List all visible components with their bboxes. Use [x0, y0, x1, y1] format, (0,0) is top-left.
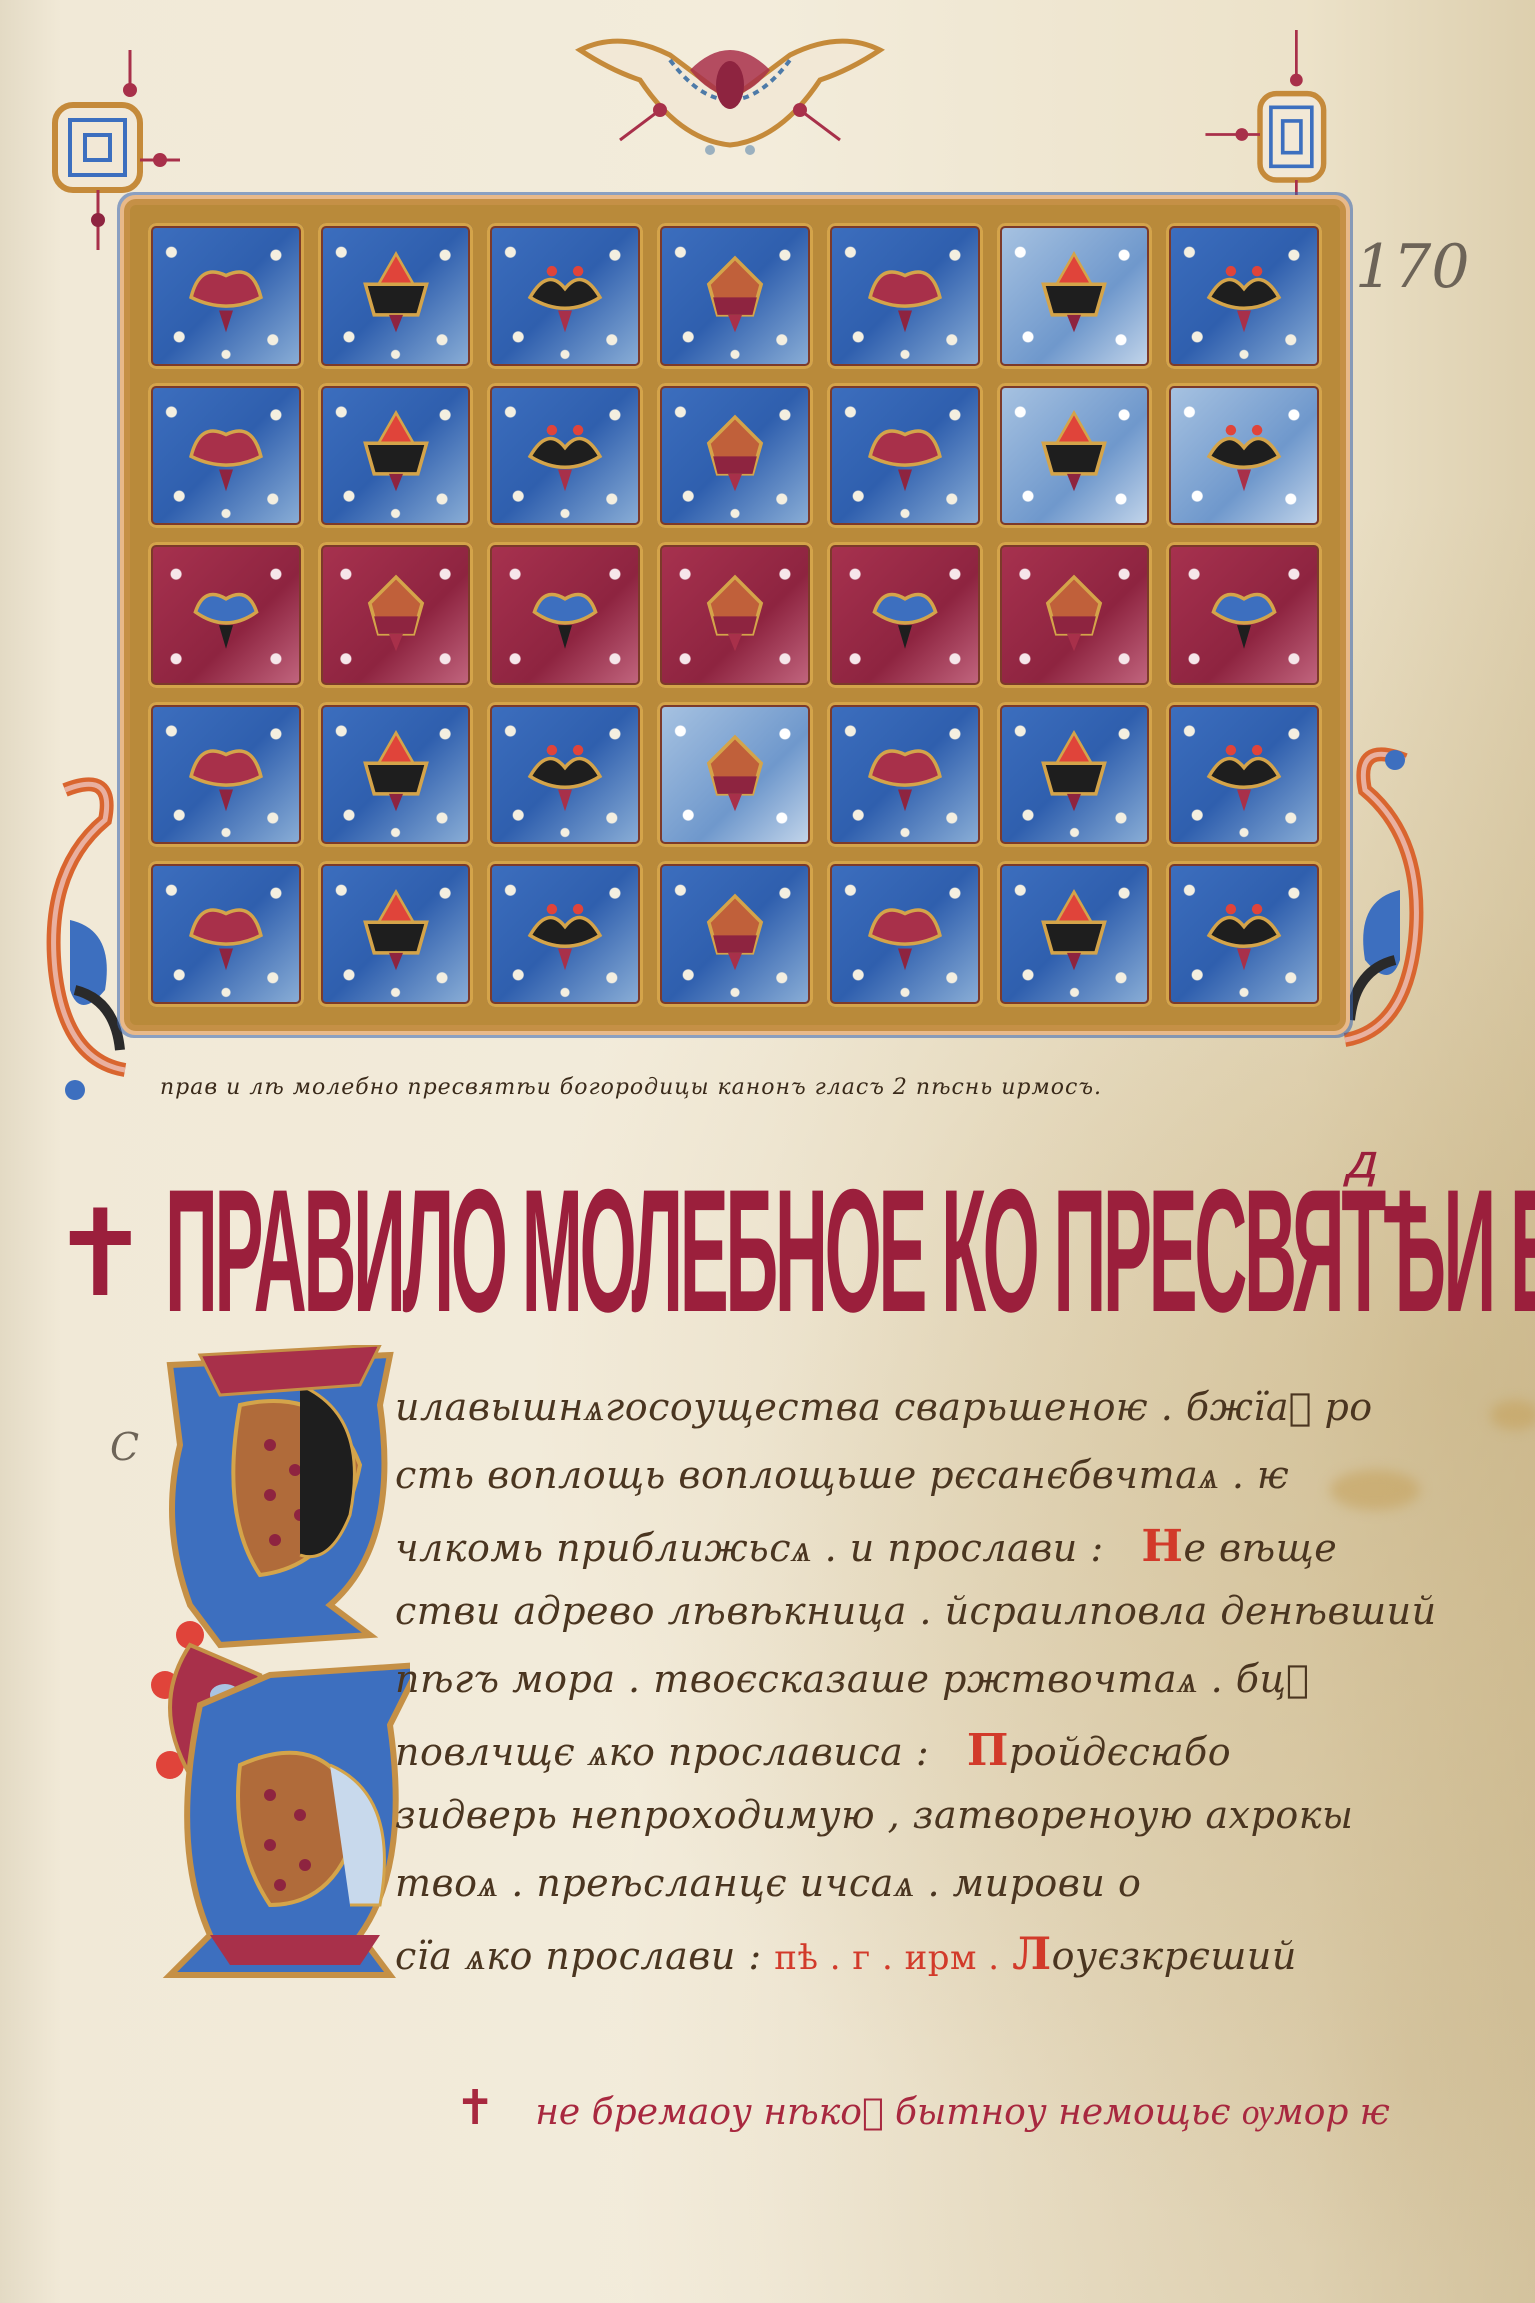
headpiece-cell	[657, 702, 813, 848]
headpiece-cell	[997, 542, 1153, 688]
headpiece-cell	[827, 861, 983, 1007]
headpiece-cell	[318, 223, 474, 369]
final-line-text: не бремаоу нѣкоⷣ бытноу немощьє ѹмоp ѥ	[535, 2092, 1390, 2133]
flower-motif-icon	[171, 249, 280, 336]
headpiece-cell	[487, 861, 643, 1007]
headpiece-cell	[487, 383, 643, 529]
headpiece-cell	[997, 383, 1153, 529]
headpiece-cell	[657, 542, 813, 688]
text-line: сть воплощь воплощьше рєсанєбвчтаѧ . ѥ	[395, 1453, 1435, 1521]
title-text: ПРАВИЛО МОЛЕБНОЕ КО ПРЕСВЯТѢИ БОГОРОДИЦѢ…	[165, 1169, 1535, 1335]
headpiece-cell	[1166, 861, 1322, 1007]
flower-motif-icon	[341, 249, 450, 336]
line-text: члкомь приближьсѧ . и прослави :	[395, 1526, 1104, 1570]
flower-motif-icon	[850, 728, 959, 815]
headpiece-cell	[318, 702, 474, 848]
headpiece-cell	[148, 223, 304, 369]
headpiece-cell	[1166, 702, 1322, 848]
flower-motif-icon	[171, 888, 280, 975]
flower-motif-icon	[1020, 728, 1129, 815]
text-line: илавышнѧгосоущества сварьшеноѥ . бжїаⷨ р…	[395, 1385, 1435, 1453]
headpiece-cell	[148, 542, 304, 688]
flower-motif-icon	[511, 409, 620, 496]
line-text: зидверь непроходимую , затвореноую ахрок…	[395, 1793, 1353, 1837]
headpiece-cell	[318, 861, 474, 1007]
text-line: сїа ѧко прослави : пѣ . г . ирм . Лоуєзк…	[395, 1929, 1435, 1997]
flower-motif-icon	[680, 249, 789, 336]
margin-letter: С	[110, 1425, 139, 1469]
flower-motif-icon	[341, 409, 450, 496]
folio-number: 170	[1355, 232, 1470, 302]
flower-motif-icon	[1020, 249, 1129, 336]
cross-icon: ✝	[455, 2080, 495, 2136]
red-initial: П	[967, 1725, 1009, 1776]
line-text: оуєзкрєший	[1052, 1934, 1297, 1978]
flower-motif-icon	[1020, 568, 1129, 655]
final-rubric-line: ✝не бремаоу нѣкоⷣ бытноу немощьє ѹмоp ѥ	[455, 2080, 1390, 2136]
flower-motif-icon	[341, 888, 450, 975]
right-side-scroll-icon	[1335, 740, 1445, 1070]
body-text: илавышнѧгосоущества сварьшеноѥ . бжїаⷨ р…	[395, 1385, 1435, 1997]
headpiece-cell	[1166, 223, 1322, 369]
flower-motif-icon	[171, 728, 280, 815]
line-text: е вѣще	[1183, 1526, 1337, 1570]
rubric-annotation-line: прав и лѣ молебно пресвятѣи богородицы к…	[160, 1075, 1102, 1100]
line-text: ройдєсꙗбо	[1009, 1730, 1231, 1774]
flower-motif-icon	[1190, 888, 1299, 975]
flower-motif-icon	[850, 249, 959, 336]
paper-stain	[1490, 1400, 1535, 1430]
headpiece-cell	[827, 542, 983, 688]
line-text: илавышнѧгосоущества сварьшеноѥ . бжїаⷨ р…	[395, 1385, 1373, 1429]
headpiece-cell	[148, 702, 304, 848]
flower-motif-icon	[511, 249, 620, 336]
flower-motif-icon	[171, 568, 280, 655]
text-line: члкомь приближьсѧ . и прослави : Не вѣще	[395, 1521, 1435, 1589]
flower-motif-icon	[511, 568, 620, 655]
flower-motif-icon	[171, 409, 280, 496]
line-text: повлчщє ѧко прослависа :	[395, 1730, 929, 1774]
headpiece-cell	[318, 383, 474, 529]
headpiece-cell	[318, 542, 474, 688]
text-line: повлчщє ѧко прослависа : Пройдєсꙗбо	[395, 1725, 1435, 1793]
flower-motif-icon	[1190, 249, 1299, 336]
flower-motif-icon	[341, 728, 450, 815]
flower-motif-icon	[1190, 568, 1299, 655]
text-line: стви адрево лѣвѣкница . йсраилповла денѣ…	[395, 1589, 1435, 1657]
text-line: твоѧ . преѣсланцє ичсаѧ . мирови о	[395, 1861, 1435, 1929]
headpiece-cell	[657, 223, 813, 369]
text-line: зидверь непроходимую , затвореноую ахрок…	[395, 1793, 1435, 1861]
headpiece-cell	[827, 383, 983, 529]
text-line: пѣгъ мора . твоєсказаше ржтвочтаѧ . бцⷣ	[395, 1657, 1435, 1725]
flower-motif-icon	[511, 888, 620, 975]
headpiece-cell	[997, 861, 1153, 1007]
left-side-scroll-icon	[25, 770, 135, 1100]
headpiece-cell	[997, 702, 1153, 848]
flower-motif-icon	[850, 888, 959, 975]
line-text: пѣгъ мора . твоєсказаше ржтвочтаѧ . бцⷣ	[395, 1657, 1309, 1701]
headpiece-cell	[657, 383, 813, 529]
flower-motif-icon	[511, 728, 620, 815]
flower-motif-icon	[680, 409, 789, 496]
flower-motif-icon	[1020, 409, 1129, 496]
headpiece-cell	[1166, 542, 1322, 688]
headpiece-cell	[1166, 383, 1322, 529]
vyaz-title: ✝ ПРАВИЛО МОЛЕБНОЕ КО ПРЕСВЯТѢИ БОГОРОДИ…	[50, 1125, 1535, 1335]
flower-motif-icon	[680, 568, 789, 655]
headpiece-cell	[148, 383, 304, 529]
cross-icon: ✝	[50, 1195, 151, 1315]
ornamented-initial-letter-icon	[130, 1345, 410, 1985]
line-text: сть воплощь воплощьше рєсанєбвчтаѧ . ѥ	[395, 1453, 1289, 1497]
manuscript-page: 170	[0, 0, 1535, 2303]
headpiece-cell	[657, 861, 813, 1007]
line-text: сїа ѧко прослави :	[395, 1934, 762, 1978]
headpiece-cell	[487, 542, 643, 688]
flower-motif-icon	[341, 568, 450, 655]
headpiece-cell	[487, 702, 643, 848]
line-text: стви адрево лѣвѣкница . йсраилповла денѣ…	[395, 1589, 1437, 1633]
red-rubric: пѣ . г . ирм .	[774, 1938, 999, 1978]
top-knot-ornament-icon	[560, 30, 900, 160]
headpiece-cell	[148, 861, 304, 1007]
flower-motif-icon	[1020, 888, 1129, 975]
red-initial: Н	[1141, 1521, 1183, 1572]
flower-motif-icon	[1190, 728, 1299, 815]
headpiece-cell	[487, 223, 643, 369]
headpiece-cell	[827, 223, 983, 369]
flower-motif-icon	[680, 728, 789, 815]
headpiece-cell	[997, 223, 1153, 369]
flower-motif-icon	[680, 888, 789, 975]
red-initial: Л	[1012, 1929, 1051, 1980]
headpiece-cell	[827, 702, 983, 848]
flower-motif-icon	[850, 568, 959, 655]
top-right-corner-knot-icon	[1190, 30, 1330, 230]
flower-motif-icon	[850, 409, 959, 496]
flower-motif-icon	[1190, 409, 1299, 496]
carpet-headpiece	[130, 205, 1340, 1025]
line-text: твоѧ . преѣсланцє ичсаѧ . мирови о	[395, 1861, 1141, 1905]
